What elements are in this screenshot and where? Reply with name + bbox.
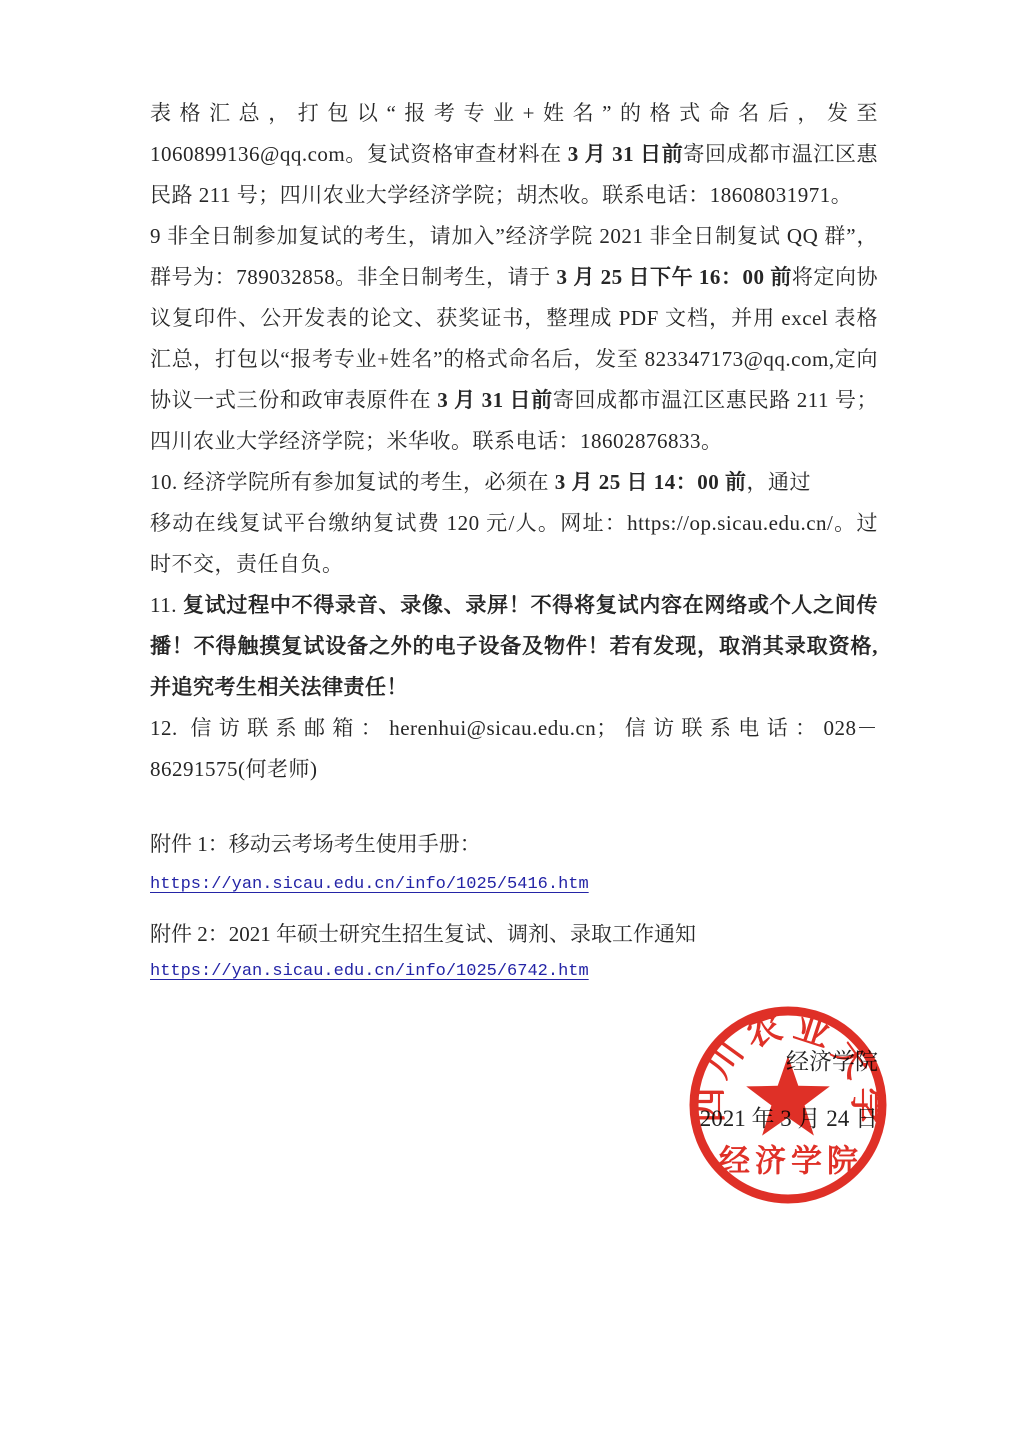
deadline-bold: 3 月 31 日前 [437,388,553,412]
deadline-bold: 3 月 25 日下午 16：00 前 [557,265,792,289]
seal-arc-char: 农 [741,1007,786,1055]
attachment-1-link-row: https://yan.sicau.edu.cn/info/1025/5416.… [150,869,878,900]
text-run: 10. 经济学院所有参加复试的考生，必须在 [150,470,555,494]
paragraph-item-9: 9 非全日制参加复试的考生，请加入”经济学院 2021 非全日制复试 QQ 群”… [150,216,878,462]
paragraph-item-11: 11. 复试过程中不得录音、录像、录屏！不得将复试内容在网络或个人之间传播！不得… [150,585,878,708]
text-run: 移动在线复试平台缴纳复试费 120 元/人。网址：https://op.sica… [150,511,878,576]
warning-bold: 复试过程中不得录音、录像、录屏！不得将复试内容在网络或个人之间传播！不得触摸复试… [150,593,878,699]
paragraph-8-continuation: 表格汇总，打包以“报考专业+姓名”的格式命名后，发至 1060899136@qq… [150,93,878,216]
attachment-1-label: 附件 1：移动云考场考生使用手册： [150,824,878,865]
deadline-bold: 3 月 25 日 14：00 前 [555,470,747,494]
signature-date: 2021 年 3 月 24 日 [700,1106,878,1132]
seal-arc-char: 业 [789,1007,834,1055]
attachment-1-link[interactable]: https://yan.sicau.edu.cn/info/1025/5416.… [150,875,589,894]
seal-bottom-text: 经济学院 [719,1144,863,1179]
attachment-2-link[interactable]: https://yan.sicau.edu.cn/info/1025/6742.… [150,962,589,981]
text-run: 11. [150,593,183,617]
text-run: 12. 信访联系邮箱：herenhui@sicau.edu.cn；信访联系电话：… [150,716,878,781]
paragraph-item-12: 12. 信访联系邮箱：herenhui@sicau.edu.cn；信访联系电话：… [150,708,878,790]
text-run: ，通过 [747,470,812,494]
attachment-2-link-row: https://yan.sicau.edu.cn/info/1025/6742.… [150,955,878,988]
attachment-2-label: 附件 2：2021 年硕士研究生招生复试、调剂、录取工作通知 [150,914,878,955]
document-page: 表格汇总，打包以“报考专业+姓名”的格式命名后，发至 1060899136@qq… [0,0,1024,1448]
signature-block: 经济学院 2021 年 3 月 24 日 [700,1049,878,1132]
signature-org: 经济学院 [700,1049,878,1075]
document-body: 表格汇总，打包以“报考专业+姓名”的格式命名后，发至 1060899136@qq… [150,93,878,988]
paragraph-item-10: 10. 经济学院所有参加复试的考生，必须在 3 月 25 日 14：00 前，通… [150,462,878,585]
deadline-bold: 3 月 31 日前 [568,142,684,166]
